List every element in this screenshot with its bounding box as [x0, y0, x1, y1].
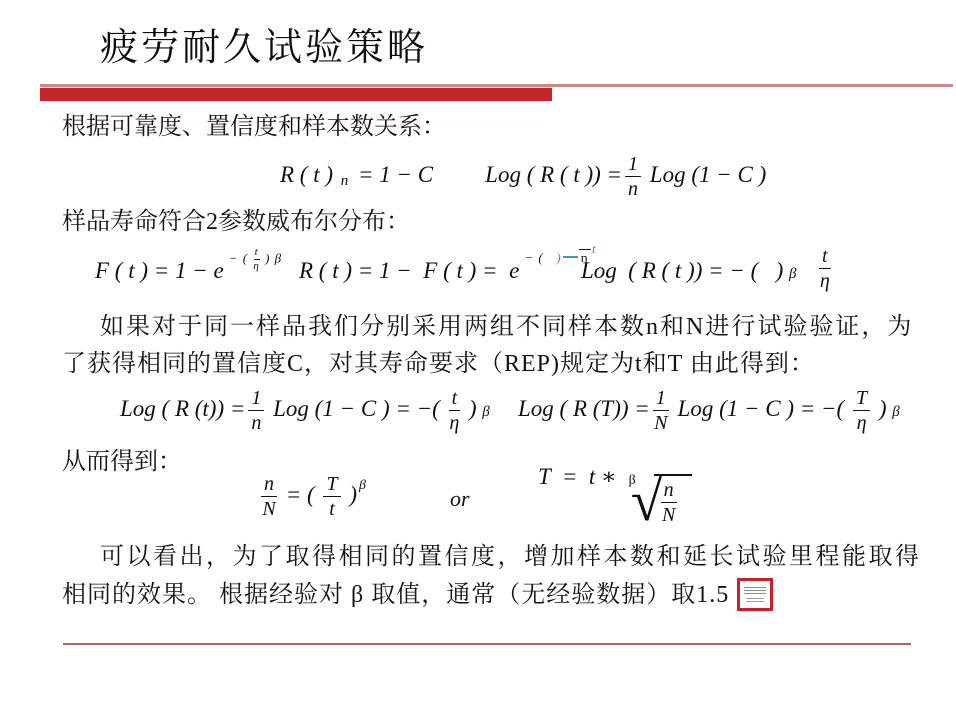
- f4-right: T = t ∗β√nN: [538, 464, 692, 528]
- formula-ratio: nN = ( Tt )β: [258, 464, 366, 528]
- fraction-1-over-n: 1n: [248, 388, 264, 433]
- formula-log-rt: Log ( R ( t )) =1n Log (1 − C ): [485, 154, 766, 199]
- mini-fraction-t-over-eta: tη: [253, 247, 259, 272]
- glitch-teal-dash: [563, 256, 578, 258]
- paragraph-conclusion-line1: 可以看出，为了取得相同的置信度，增加样本数和延长试验里程能取得: [100, 536, 922, 571]
- formula-log-rt-weibull: Log ( R ( t )) = − ( ) β: [581, 258, 796, 284]
- f4-exponent-beta: β: [359, 478, 366, 494]
- or-word: or: [450, 486, 470, 512]
- beta-root-radical: β√nN: [629, 473, 692, 528]
- fraction-1-over-n: 1n: [625, 154, 641, 199]
- paragraph-relation: 根据可靠度、置信度和样本数关系：: [62, 106, 446, 141]
- f3b-beta: β: [892, 403, 899, 419]
- f4-left: nN = ( Tt )β: [258, 474, 366, 519]
- glitch-teal-t: t: [592, 241, 596, 257]
- formula-log-rt-big-n: Log ( R (T)) =1N Log (1 − C ) = −( Tη ) …: [518, 381, 900, 439]
- micro-text-line: [746, 598, 764, 603]
- displaced-fraction-t-over-eta: tη: [819, 246, 831, 291]
- fraction-1-over-N: 1N: [653, 388, 669, 433]
- f1a-post: = 1 − C: [352, 162, 433, 187]
- fraction-n-over-N: nN: [261, 474, 277, 519]
- formula-row-reliability: R ( t ) n = 1 − C Log ( R ( t )) =1n Log…: [280, 150, 766, 202]
- paragraph-conclusion-line2: 相同的效果。 根据经验对 β 取值，通常（无经验数据）取1.5: [62, 574, 729, 609]
- micro-text-line: [744, 587, 766, 596]
- title-underline-thin: [40, 84, 953, 87]
- f1b-pre: Log ( R ( t )) =: [485, 161, 622, 186]
- formula-rt-pow-n: R ( t ) n = 1 − C: [280, 162, 433, 190]
- bottom-divider: [63, 643, 911, 645]
- paragraph-samples-line2: 了获得相同的置信度C，对其寿命要求（REP)规定为t和T 由此得到：: [62, 343, 815, 378]
- f2a-pre: F ( t ) = 1 − e: [95, 258, 224, 283]
- f2b-pre: R ( t ) = 1 − F ( t ) = e: [299, 258, 519, 283]
- f2c-pre: Log ( R ( t )) = − ( ): [581, 258, 789, 283]
- f2c-beta: β: [789, 266, 796, 282]
- fraction-n-over-N: nN: [661, 480, 677, 525]
- paragraph-samples-line1: 如果对于同一样品我们分别采用两组不同样本数n和N进行试验验证，为: [100, 306, 913, 341]
- formula-rt-weibull-glitched: R ( t ) = 1 − F ( t ) = e− ( )η: [299, 258, 591, 284]
- f1a-pre: R ( t ): [280, 162, 339, 187]
- slide-canvas: 疲劳耐久试验策略 根据可靠度、置信度和样本数关系： R ( t ) n = 1 …: [0, 0, 956, 717]
- f3a-beta: β: [482, 403, 489, 419]
- f3b: Log ( R (T)) =1N Log (1 − C ) = −( Tη ) …: [518, 388, 900, 433]
- formula-ft-weibull: F ( t ) = 1 − e− ( tη ) β: [95, 258, 282, 288]
- fraction-T-over-eta: Tη: [853, 388, 870, 433]
- paragraph-weibull: 样品寿命符合2参数威布尔分布：: [62, 201, 410, 236]
- radical-body: nN: [654, 474, 692, 525]
- fraction-T-over-t: Tt: [323, 474, 340, 519]
- f1a-sub-n: n: [341, 173, 349, 189]
- formula-T-equals: T = t ∗β√nN: [538, 464, 692, 528]
- fraction-t-over-eta: tη: [449, 388, 461, 433]
- slide-title: 疲劳耐久试验策略: [100, 16, 428, 71]
- glitch-teal-paren: ): [556, 250, 561, 265]
- f3a: Log ( R (t)) =1n Log (1 − C ) = −( tη ) …: [120, 388, 490, 433]
- f1b-post: Log (1 − C ): [644, 161, 766, 186]
- paragraph-thus: 从而得到：: [62, 441, 182, 476]
- formula-log-rt-small-n: Log ( R (t)) =1n Log (1 − C ) = −( tη ) …: [120, 381, 490, 439]
- title-underline-bar: [40, 88, 552, 101]
- f2a-exponent: − ( tη ) β: [229, 247, 282, 272]
- footnote-stamp-box: [737, 578, 773, 611]
